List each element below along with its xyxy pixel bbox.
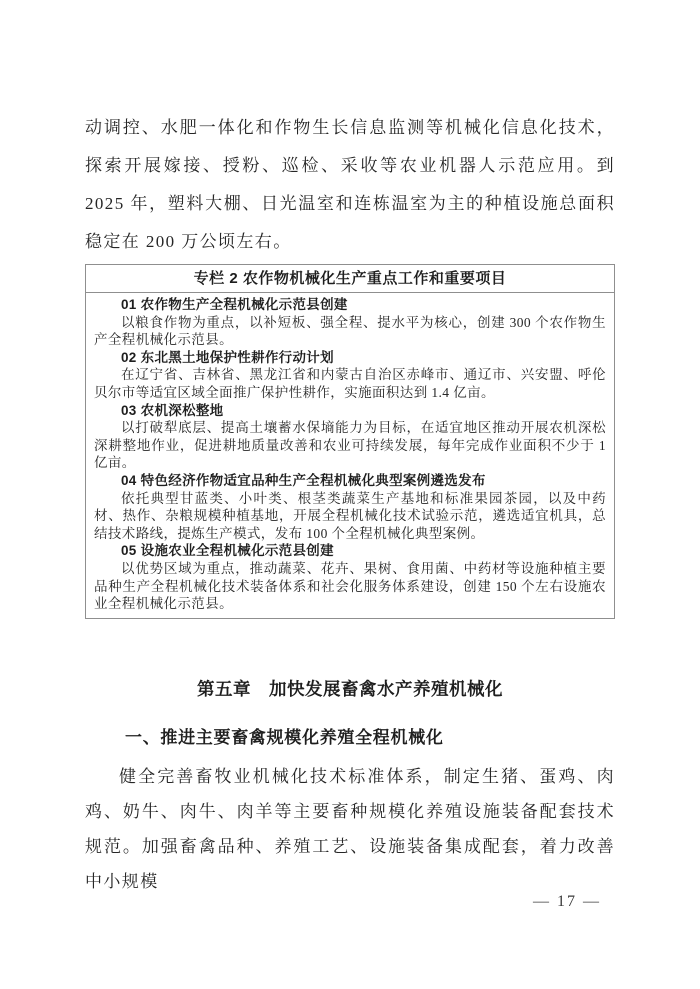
box-item-05-body: 以优势区域为重点，推动蔬菜、花卉、果树、食用菌、中药材等设施种植主要品种生产全程… <box>94 560 606 613</box>
box-item-01-heading: 01 农作物生产全程机械化示范县创建 <box>94 296 606 314</box>
page-content: 动调控、水肥一体化和作物生长信息监测等机械化信息化技术，探索开展嫁接、授粉、巡检… <box>85 0 615 899</box>
intro-paragraph: 动调控、水肥一体化和作物生长信息监测等机械化信息化技术，探索开展嫁接、授粉、巡检… <box>85 109 615 261</box>
box-item-01: 01 农作物生产全程机械化示范县创建 以粮食作物为重点，以补短板、强全程、提水平… <box>94 296 606 349</box>
box-item-02: 02 东北黑土地保护性耕作行动计划 在辽宁省、吉林省、黑龙江省和内蒙古自治区赤峰… <box>94 349 606 402</box>
feature-box: 专栏 2 农作物机械化生产重点工作和重要项目 01 农作物生产全程机械化示范县创… <box>85 264 615 619</box>
section-title: 一、推进主要畜禽规模化养殖全程机械化 <box>85 726 615 750</box>
box-item-04-heading: 04 特色经济作物适宜品种生产全程机械化典型案例遴选发布 <box>94 472 606 490</box>
box-item-05-heading: 05 设施农业全程机械化示范县创建 <box>94 542 606 560</box>
box-item-04: 04 特色经济作物适宜品种生产全程机械化典型案例遴选发布 依托典型甘蓝类、小叶类… <box>94 472 606 542</box>
box-item-03-heading: 03 农机深松整地 <box>94 402 606 420</box>
box-item-03: 03 农机深松整地 以打破犁底层、提高土壤蓄水保墒能力为目标，在适宜地区推动开展… <box>94 402 606 472</box>
document-page: 动调控、水肥一体化和作物生长信息监测等机械化信息化技术，探索开展嫁接、授粉、巡检… <box>0 0 700 989</box>
feature-box-body: 01 农作物生产全程机械化示范县创建 以粮食作物为重点，以补短板、强全程、提水平… <box>86 293 614 618</box>
feature-box-title: 专栏 2 农作物机械化生产重点工作和重要项目 <box>86 265 614 293</box>
box-item-02-body: 在辽宁省、吉林省、黑龙江省和内蒙古自治区赤峰市、通辽市、兴安盟、呼伦贝尔市等适宜… <box>94 366 606 401</box>
box-item-02-heading: 02 东北黑土地保护性耕作行动计划 <box>94 349 606 367</box>
page-number: — 17 — <box>533 893 601 911</box>
box-item-03-body: 以打破犁底层、提高土壤蓄水保墒能力为目标，在适宜地区推动开展农机深松深耕整地作业… <box>94 419 606 472</box>
body-paragraph: 健全完善畜牧业机械化技术标准体系，制定生猪、蛋鸡、肉鸡、奶牛、肉牛、肉羊等主要畜… <box>85 759 615 899</box>
box-item-04-body: 依托典型甘蓝类、小叶类、根茎类蔬菜生产基地和标准果园茶园，以及中药材、热作、杂粮… <box>94 490 606 543</box>
chapter-title: 第五章 加快发展畜禽水产养殖机械化 <box>85 677 615 701</box>
box-item-01-body: 以粮食作物为重点，以补短板、强全程、提水平为核心，创建 300 个农作物生产全程… <box>94 314 606 349</box>
box-item-05: 05 设施农业全程机械化示范县创建 以优势区域为重点，推动蔬菜、花卉、果树、食用… <box>94 542 606 612</box>
